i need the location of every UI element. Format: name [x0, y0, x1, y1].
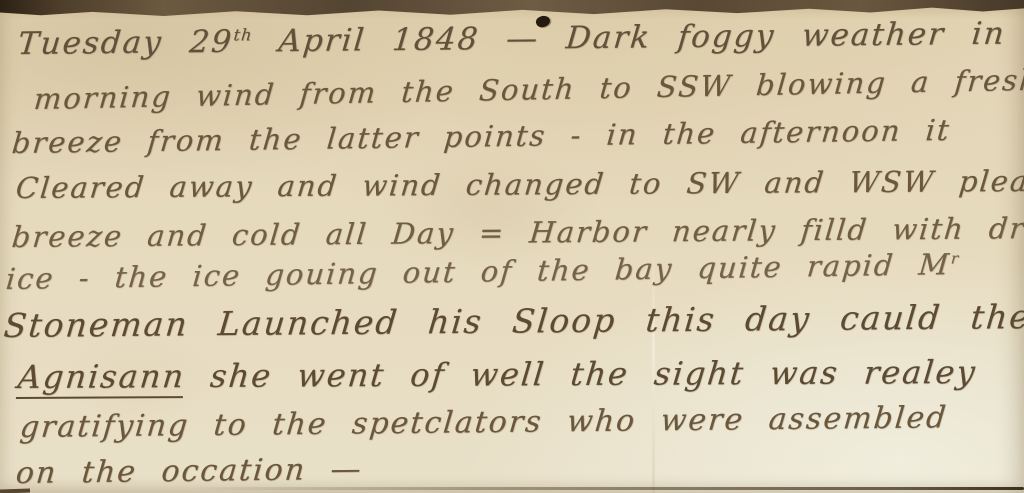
bottom-page-edge-line	[190, 487, 1024, 490]
line-8-rest: she went of well the sight was realey	[183, 353, 978, 395]
manuscript-line-10: on the occation —	[14, 452, 364, 491]
bottom-left-edge-mark	[0, 488, 30, 493]
manuscript-line-3: breeze from the latter points - in the a…	[10, 113, 952, 160]
manuscript-line-date: Tuesday 29th April 1848 — Dark foggy wea…	[16, 15, 1024, 62]
torn-top-page-edge	[0, 0, 1024, 16]
manuscript-line-4: Cleared away and wind changed to SW and …	[14, 163, 1024, 205]
manuscript-line-2: morning wind from the South to SSW blowi…	[33, 63, 1024, 116]
date-line-rest: April 1848 — Dark foggy weather in the	[250, 15, 1024, 60]
ship-name-underlined: Agnisann	[16, 357, 187, 399]
date-ordinal-superscript: th	[233, 25, 254, 44]
mister-superscript: r	[950, 249, 960, 267]
manuscript-line-6: ice - the ice gouing out of the bay quit…	[4, 247, 960, 296]
manuscript-line-7: Stoneman Launched his Sloop this day cau…	[2, 297, 1024, 345]
manuscript-page: Tuesday 29th April 1848 — Dark foggy wea…	[0, 0, 1024, 493]
date-weekday-day: Tuesday 29	[16, 24, 234, 62]
manuscript-line-8: Agnisann she went of well the sight was …	[16, 353, 978, 396]
line-6-text: ice - the ice gouing out of the bay quit…	[4, 247, 951, 296]
